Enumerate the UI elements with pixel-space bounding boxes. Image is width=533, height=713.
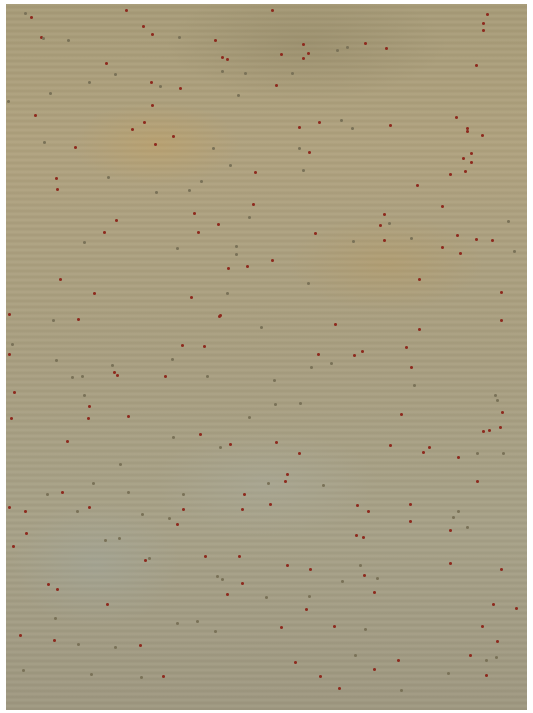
accent-dot (168, 517, 171, 520)
accent-dot (470, 161, 473, 164)
accent-dot (307, 52, 310, 55)
accent-dot (59, 278, 62, 281)
accent-dot (269, 503, 272, 506)
accent-dot (389, 124, 392, 127)
accent-dot (302, 169, 305, 172)
accent-dot (418, 278, 421, 281)
accent-dot (219, 314, 222, 317)
accent-dot (155, 191, 158, 194)
accent-dot (148, 557, 151, 560)
accent-dot (482, 22, 485, 25)
accent-dot (197, 231, 200, 234)
accent-dot (488, 429, 491, 432)
accent-dot (241, 508, 244, 511)
accent-dot (88, 405, 91, 408)
accent-dot (456, 234, 459, 237)
accent-dot (373, 668, 376, 671)
accent-dot (127, 415, 130, 418)
accent-dot (172, 436, 175, 439)
accent-dot (466, 127, 469, 130)
accent-dot (495, 656, 498, 659)
accent-dot (294, 661, 297, 664)
accent-dot (143, 121, 146, 124)
accent-dot (449, 562, 452, 565)
accent-dot (34, 114, 37, 117)
accent-dot (159, 85, 162, 88)
accent-dot (298, 452, 301, 455)
accent-dot (481, 625, 484, 628)
accent-dot (243, 493, 246, 496)
accent-dot (188, 189, 191, 192)
accent-dot (333, 625, 336, 628)
accent-dot (355, 534, 358, 537)
accent-dot (385, 47, 388, 50)
accent-dot (227, 267, 230, 270)
accent-dot (56, 188, 59, 191)
accent-dot (383, 239, 386, 242)
accent-dot (24, 12, 27, 15)
accent-dot (317, 353, 320, 356)
accent-dot (116, 374, 119, 377)
accent-dot (275, 84, 278, 87)
accent-dot (171, 358, 174, 361)
accent-dot (475, 64, 478, 67)
accent-dot (507, 220, 510, 223)
accent-dot (486, 13, 489, 16)
accent-dot (90, 673, 93, 676)
accent-dot (55, 177, 58, 180)
accent-dot (466, 130, 469, 133)
accent-dot (254, 171, 257, 174)
accent-dot (302, 57, 305, 60)
accent-dot (200, 180, 203, 183)
accent-dot (12, 545, 15, 548)
accent-dot (271, 259, 274, 262)
accent-dot (182, 493, 185, 496)
accent-dot (8, 313, 11, 316)
accent-dot (379, 224, 382, 227)
accent-dot (469, 654, 472, 657)
accent-dot (485, 659, 488, 662)
accent-dot (87, 417, 90, 420)
accent-dot (275, 441, 278, 444)
accent-dot (115, 219, 118, 222)
accent-dot (8, 353, 11, 356)
accent-dot (74, 146, 77, 149)
accent-dot (25, 532, 28, 535)
accent-dot (265, 596, 268, 599)
accent-dot (103, 231, 106, 234)
accent-dot (144, 559, 147, 562)
accent-dot (318, 121, 321, 124)
accent-dot (238, 555, 241, 558)
rug-photo (6, 4, 527, 710)
accent-dot (502, 452, 505, 455)
accent-dot (81, 375, 84, 378)
accent-dot (114, 646, 117, 649)
accent-dot (77, 318, 80, 321)
accent-dot (409, 520, 412, 523)
accent-dot (162, 675, 165, 678)
accent-dot (284, 480, 287, 483)
accent-dot (226, 58, 229, 61)
accent-dot (476, 480, 479, 483)
accent-dot (298, 147, 301, 150)
accent-dot (179, 87, 182, 90)
accent-dot (42, 37, 45, 40)
accent-dot (305, 608, 308, 611)
accent-dot (500, 291, 503, 294)
accent-dot (447, 672, 450, 675)
accent-dot (244, 72, 247, 75)
accent-dot (482, 430, 485, 433)
accent-dot (308, 595, 311, 598)
accent-dot (280, 53, 283, 56)
accent-dot (400, 689, 403, 692)
accent-dot (416, 184, 419, 187)
accent-dot (83, 394, 86, 397)
accent-dot (353, 354, 356, 357)
accent-dot (441, 246, 444, 249)
accent-dot (338, 687, 341, 690)
accent-dot (354, 654, 357, 657)
accent-dot (286, 564, 289, 567)
accent-dot (43, 141, 46, 144)
accent-dot (127, 491, 130, 494)
accent-dot (334, 323, 337, 326)
accent-dot (93, 292, 96, 295)
accent-dot (125, 9, 128, 12)
accent-dot (182, 508, 185, 511)
accent-dot (229, 443, 232, 446)
accent-dot (246, 265, 249, 268)
accent-dot (92, 482, 95, 485)
accent-dot (53, 639, 56, 642)
accent-dot (340, 119, 343, 122)
accent-dot (151, 33, 154, 36)
accent-dot (308, 151, 311, 154)
accent-dot (196, 620, 199, 623)
accent-dot (56, 588, 59, 591)
accent-dot (373, 591, 376, 594)
accent-dot (226, 593, 229, 596)
accent-dot (271, 9, 274, 12)
accent-dot (470, 152, 473, 155)
accent-dot (291, 72, 294, 75)
accent-dot (310, 366, 313, 369)
accent-dot (409, 503, 412, 506)
accent-dot (199, 433, 202, 436)
accent-dot (362, 536, 365, 539)
accent-dot (54, 617, 57, 620)
accent-dot (13, 391, 16, 394)
accent-dot (76, 510, 79, 513)
accent-dot (346, 46, 349, 49)
accent-dot (204, 555, 207, 558)
accent-dot (19, 634, 22, 637)
accent-dot (52, 319, 55, 322)
accent-dot (71, 376, 74, 379)
accent-dot (449, 529, 452, 532)
accent-dot (154, 143, 157, 146)
accent-dot (226, 292, 229, 295)
accent-dot (181, 344, 184, 347)
accent-dot (118, 537, 121, 540)
accent-dot (515, 607, 518, 610)
accent-dot (513, 250, 516, 253)
accent-dot (139, 644, 142, 647)
accent-dot (221, 578, 224, 581)
accent-dot (309, 568, 312, 571)
accent-dot (492, 603, 495, 606)
accent-dot (410, 366, 413, 369)
accent-dot (140, 676, 143, 679)
accent-dot (459, 252, 462, 255)
accent-dot (500, 568, 503, 571)
accent-dot (119, 463, 122, 466)
accent-dot (336, 49, 339, 52)
accent-dot (114, 73, 117, 76)
accent-dot (106, 603, 109, 606)
accent-dot (452, 516, 455, 519)
accent-dot (418, 328, 421, 331)
accent-dot (105, 62, 108, 65)
accent-dot (475, 238, 478, 241)
accent-dot (307, 282, 310, 285)
accent-dot (449, 173, 452, 176)
accent-dot (496, 399, 499, 402)
accent-dot (280, 626, 283, 629)
accent-dot (341, 580, 344, 583)
accent-dot (400, 413, 403, 416)
accent-dot (214, 39, 217, 42)
accent-dot (322, 484, 325, 487)
accent-dot (142, 25, 145, 28)
accent-dot (273, 379, 276, 382)
accent-dot (241, 582, 244, 585)
accent-dot (77, 643, 80, 646)
accent-dot (235, 253, 238, 256)
accent-dot (457, 510, 460, 513)
accent-dot (376, 577, 379, 580)
accent-dot (482, 29, 485, 32)
accent-dot (364, 42, 367, 45)
accent-dot (206, 375, 209, 378)
accent-dot (237, 94, 240, 97)
accent-dot (462, 157, 465, 160)
accent-dot (494, 394, 497, 397)
accent-dot (367, 510, 370, 513)
accent-dot (219, 446, 222, 449)
accent-dot (203, 345, 206, 348)
accent-dot (260, 326, 263, 329)
accent-dot (496, 640, 499, 643)
accent-dot (164, 375, 167, 378)
accent-dot (176, 247, 179, 250)
accent-dot (111, 364, 114, 367)
accent-dot (11, 343, 14, 346)
accent-dot (314, 232, 317, 235)
accent-dot (248, 216, 251, 219)
accent-dot (217, 223, 220, 226)
accent-dot (302, 43, 305, 46)
accent-dot (55, 359, 58, 362)
accent-dot (410, 237, 413, 240)
accent-dot (178, 36, 181, 39)
accent-dot (413, 384, 416, 387)
accent-dot (61, 491, 64, 494)
accent-dot (428, 446, 431, 449)
accent-dot (252, 203, 255, 206)
accent-dot (364, 628, 367, 631)
accent-dot (190, 296, 193, 299)
accent-dot (176, 523, 179, 526)
accent-dot (216, 575, 219, 578)
accent-dot (88, 506, 91, 509)
accent-dot (104, 539, 107, 542)
accent-dot (466, 526, 469, 529)
accent-dot (352, 240, 355, 243)
accent-dot (212, 147, 215, 150)
accent-dot (8, 506, 11, 509)
accent-dot (476, 452, 479, 455)
accent-dot (176, 622, 179, 625)
accent-dot (248, 416, 251, 419)
accent-dot (67, 39, 70, 42)
accent-dot (356, 504, 359, 507)
accent-dot (172, 135, 175, 138)
accent-dot (501, 411, 504, 414)
accent-dot (150, 81, 153, 84)
accent-dot (485, 674, 488, 677)
accent-dot (151, 104, 154, 107)
accent-dot (455, 116, 458, 119)
accent-dot (361, 350, 364, 353)
accent-dot (46, 493, 49, 496)
accent-dot (22, 669, 25, 672)
accent-dot (481, 134, 484, 137)
accent-dot (319, 675, 322, 678)
accent-dot (500, 319, 503, 322)
accent-dot (441, 205, 444, 208)
accent-dot (107, 176, 110, 179)
accent-dot (235, 245, 238, 248)
accent-dot (383, 213, 386, 216)
accent-dot (422, 451, 425, 454)
accent-dot (221, 56, 224, 59)
accent-dot (131, 128, 134, 131)
accent-dot (214, 630, 217, 633)
accent-dot (464, 170, 467, 173)
accent-dot (274, 403, 277, 406)
accent-dot (330, 362, 333, 365)
accent-dot (351, 127, 354, 130)
accent-dot (389, 444, 392, 447)
accent-dot (388, 222, 391, 225)
accent-dot (286, 473, 289, 476)
accent-dot (363, 574, 366, 577)
accent-dot (49, 92, 52, 95)
accent-dot (7, 100, 10, 103)
accent-dot (359, 564, 362, 567)
accent-dot (397, 659, 400, 662)
accent-dot (298, 126, 301, 129)
accent-dot (457, 456, 460, 459)
accent-dot (83, 241, 86, 244)
accent-dot (491, 239, 494, 242)
accent-dot (141, 513, 144, 516)
accent-dot (499, 426, 502, 429)
accent-dot (24, 510, 27, 513)
accent-dot (405, 346, 408, 349)
accent-dot (47, 583, 50, 586)
accent-dot (267, 482, 270, 485)
accent-dot (299, 402, 302, 405)
accent-dot (88, 81, 91, 84)
accent-dot (229, 164, 232, 167)
accent-dot (30, 16, 33, 19)
accent-dot (10, 417, 13, 420)
accent-dot (193, 212, 196, 215)
accent-dot (66, 440, 69, 443)
accent-dot (221, 70, 224, 73)
